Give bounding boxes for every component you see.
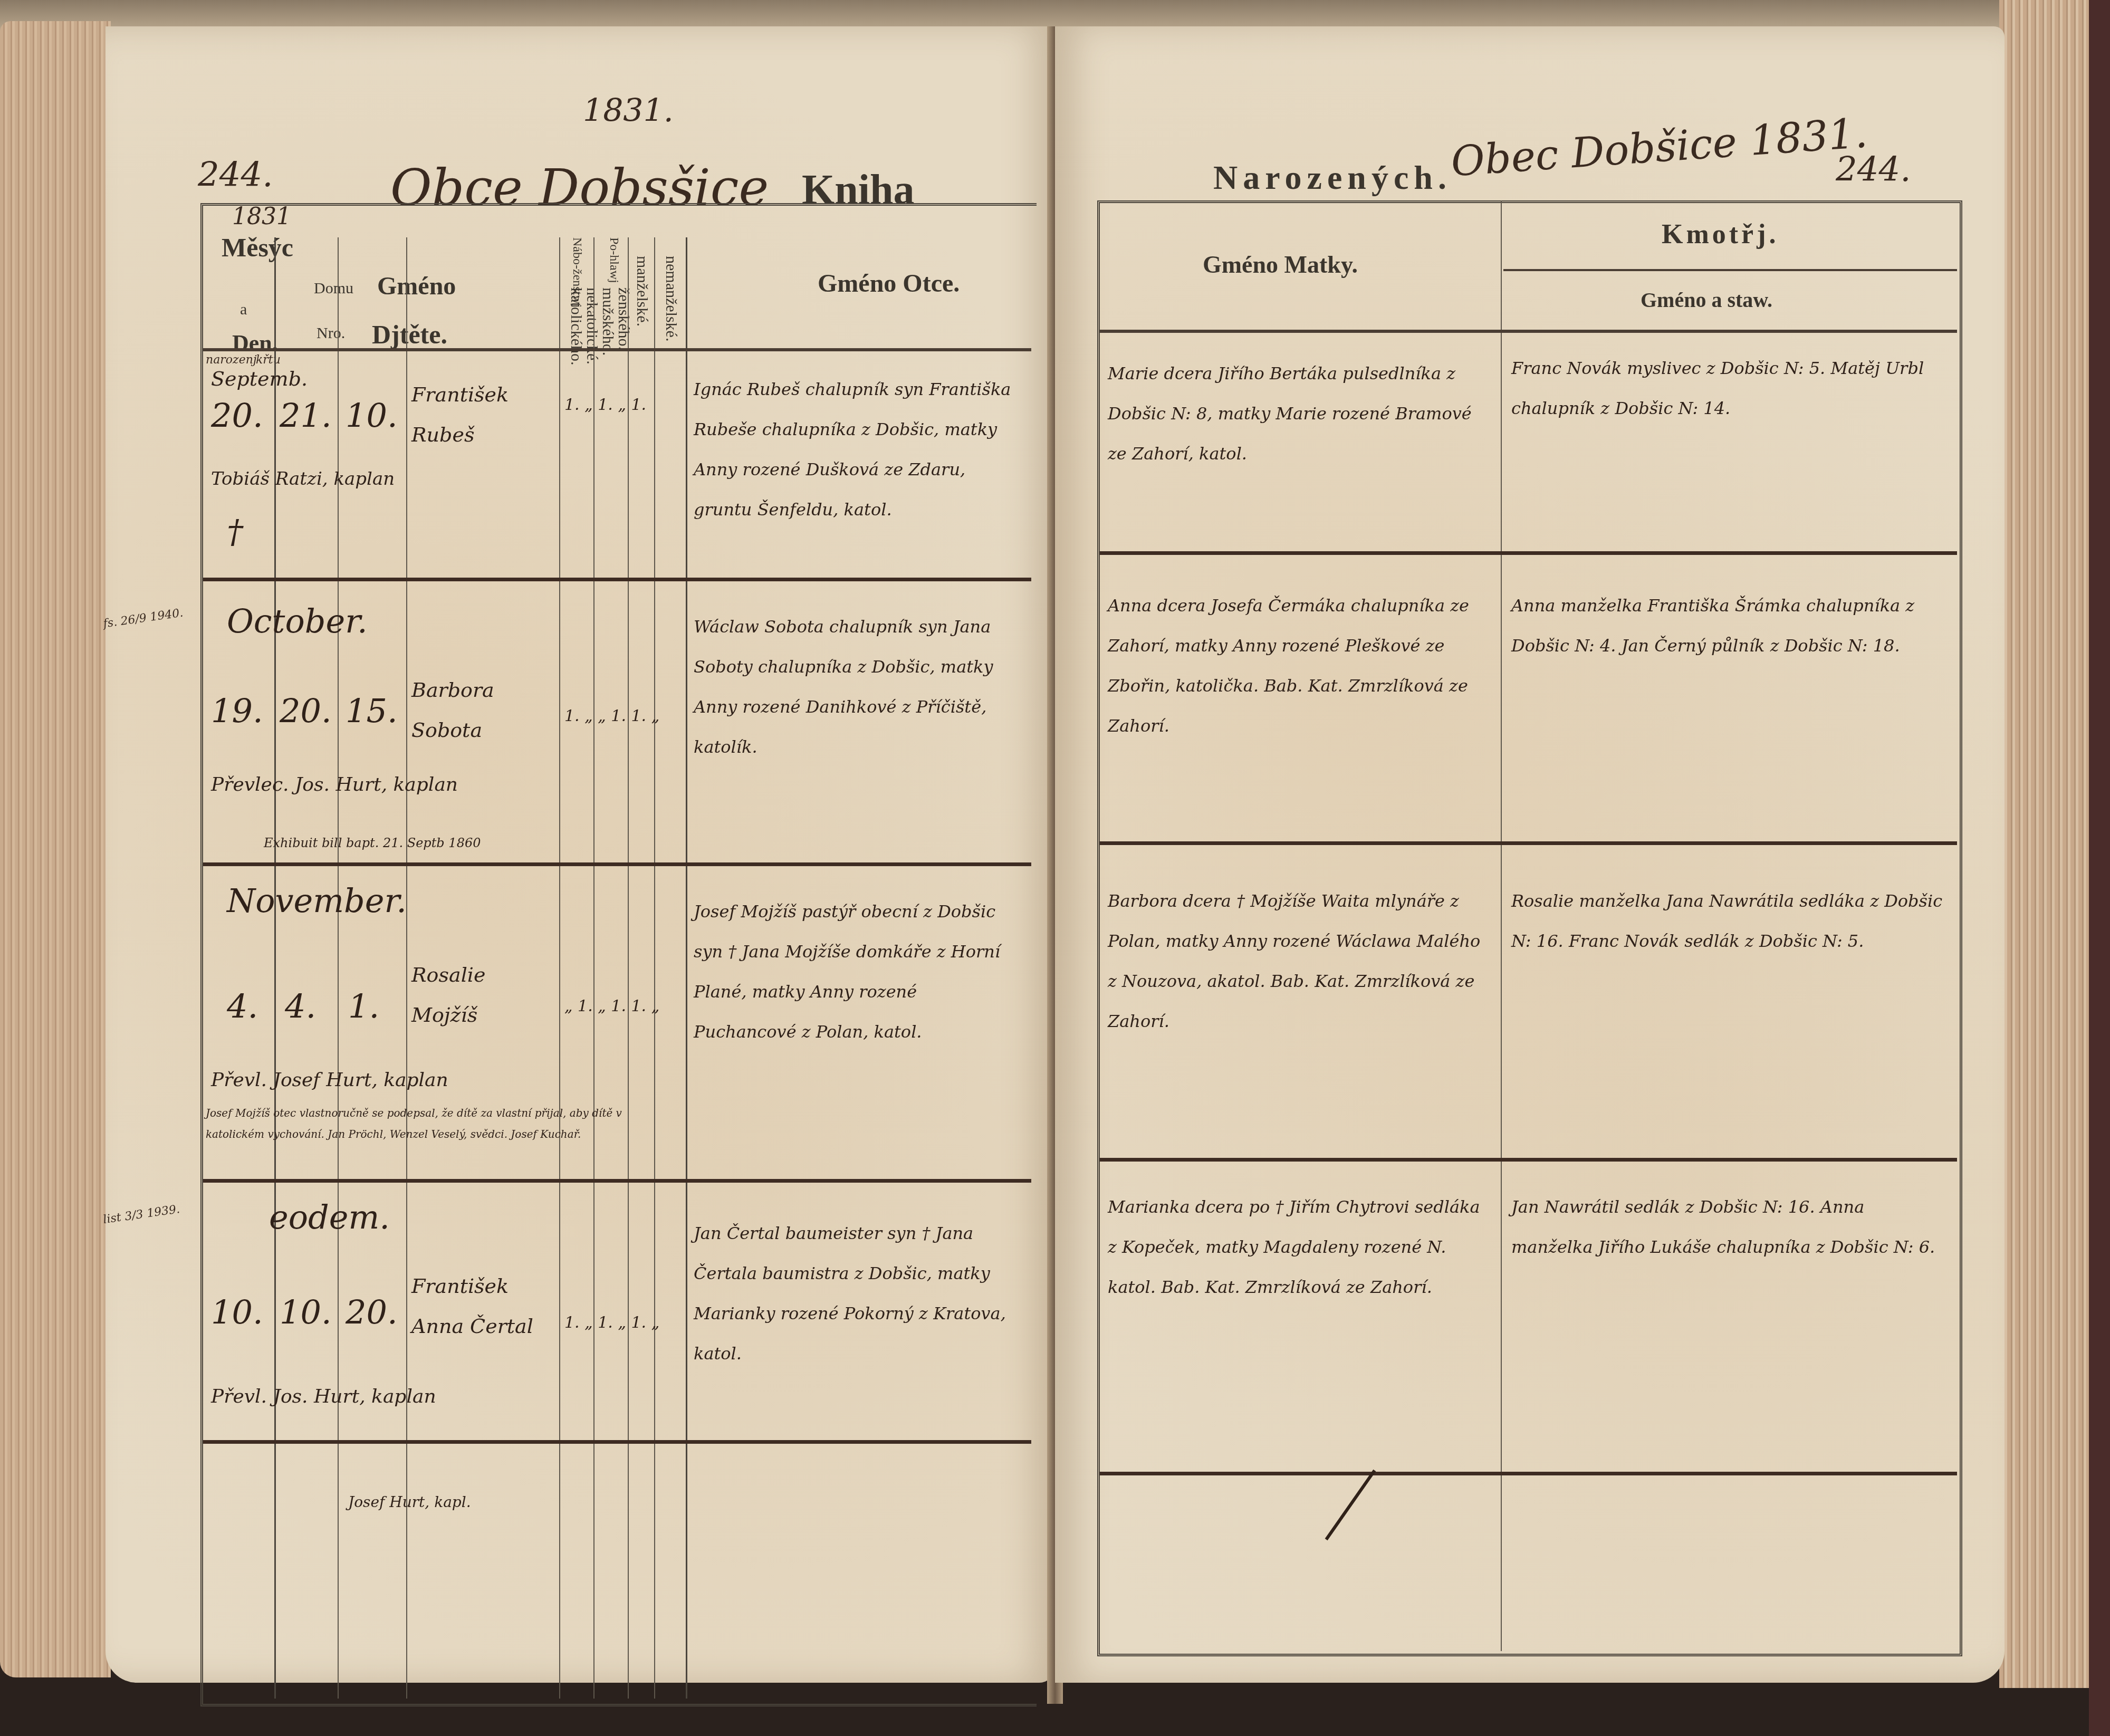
entry1-birth-day: 20.	[211, 396, 263, 436]
col-godparents-label: Kmotřj.	[1662, 219, 1779, 250]
page-stack-left	[0, 21, 111, 1677]
entry-rule	[203, 1179, 1031, 1183]
year-note: 1831.	[583, 92, 674, 129]
entry2-margin-note: fs. 26/9 1940.	[102, 606, 184, 630]
entry-rule	[203, 1440, 1031, 1444]
right-page-number: 244.	[1836, 150, 1911, 189]
rule	[628, 237, 629, 1699]
entry3-father: Josef Mojžíš pastýř obecní z Dobšic syn …	[694, 891, 1021, 1052]
col-sex-female: ženského.	[615, 287, 632, 350]
rule	[559, 237, 560, 1699]
entry4-child: František Anna Čertal	[411, 1266, 554, 1346]
rule	[1501, 200, 1502, 1651]
entry2-baptism-day: 20.	[280, 691, 332, 731]
entry1-marks: 1. „ 1. „ 1.	[564, 385, 646, 425]
entry3-mother: Barbora dcera † Mojžíše Waita mlynáře z …	[1108, 881, 1493, 1041]
col-sex-male: mužského.	[599, 287, 617, 356]
col-sex-label: Po-hlawj	[607, 237, 621, 283]
entry2-mother: Anna dcera Josefa Čermáka chalupníka ze …	[1108, 586, 1493, 746]
entry1-father: Ignác Rubeš chalupník syn Františka Rube…	[694, 369, 1021, 530]
entry3-house: 1.	[348, 986, 379, 1027]
entry-rule	[1100, 1158, 1957, 1162]
col-child-label: Gméno	[377, 272, 456, 301]
entry-rule	[203, 578, 1031, 581]
entry-rule	[203, 862, 1031, 866]
entry2-birth-day: 19.	[211, 691, 263, 731]
col-day-label: Den.	[232, 330, 278, 357]
entry3-note: Josef Mojžíš otec vlastnoručně se podeps…	[206, 1102, 680, 1145]
entry-rule	[1100, 841, 1957, 845]
entry1-month: Septemb.	[211, 359, 308, 399]
entry4-margin-note: list 3/3 1939.	[102, 1203, 181, 1226]
header-rule	[1100, 330, 1957, 333]
entry1-child: František Rubeš	[411, 375, 554, 455]
entry4-house: 20.	[346, 1292, 398, 1332]
col-illegit: nemanželské.	[662, 256, 680, 341]
col-house-label: Domu	[314, 280, 353, 298]
godparents-sub-rule	[1503, 269, 1957, 271]
entry2-baptized-by: Převlec. Jos. Hurt, kaplan	[211, 765, 675, 805]
rule	[406, 237, 407, 1699]
right-page: Narozených. Obec Dobšice 1831. 244. Gmén…	[1055, 26, 2004, 1683]
entry2-month: October.	[227, 601, 368, 641]
entry4-father: Jan Čertal baumeister syn † Jana Čertala…	[694, 1213, 1021, 1374]
col-month-label: Měsýc	[222, 232, 293, 263]
entry3-child: Rosalie Mojžíš	[411, 955, 554, 1035]
col-legit: manželské.	[633, 256, 651, 327]
entry2-godparents: Anna manželka Františka Šrámka chalupník…	[1511, 586, 1944, 666]
left-page-number: 244.	[198, 156, 273, 195]
entry1-baptism-day: 21.	[280, 396, 332, 436]
entry4-baptism-day: 10.	[280, 1292, 332, 1332]
rule	[338, 237, 339, 1699]
col-mother-label: Gméno Matky.	[1203, 251, 1358, 279]
rule	[593, 237, 594, 1699]
entry2-father: Wáclaw Sobota chalupník syn Jana Soboty …	[694, 607, 1021, 767]
col-house-nro: Nro.	[316, 324, 345, 342]
entry4-mother: Marianka dcera po † Jiřím Chytrovi sedlá…	[1108, 1187, 1493, 1307]
entry1-house: 10.	[346, 396, 398, 436]
entry1-death-mark: †	[227, 512, 243, 552]
page-stack-right	[1999, 0, 2089, 1688]
entry1-mother: Marie dcera Jiřího Bertáka pulsedlníka z…	[1108, 353, 1493, 474]
entry4-marks: 1. „ 1. „ 1. „	[564, 1303, 659, 1343]
col-month-year: 1831	[232, 203, 291, 230]
entry2-child: Barbora Sobota	[411, 670, 554, 750]
entry3-marks: „ 1. „ 1. 1. „	[564, 986, 659, 1027]
entry3-month: November.	[227, 881, 407, 921]
entry1-baptized-by: Tobiáš Ratzi, kaplan	[211, 459, 554, 499]
footer-signature: Josef Hurt, kapl.	[348, 1482, 471, 1522]
header-rule	[203, 348, 1031, 351]
entry2-marks: 1. „ „ 1. 1. „	[564, 696, 659, 736]
col-father-label: Gméno Otce.	[818, 269, 960, 298]
right-title-printed: Narozených.	[1213, 158, 1452, 197]
rule	[686, 237, 687, 1699]
col-religion-catholic: katolického.	[567, 287, 585, 365]
rule	[654, 237, 655, 1699]
right-title-handwritten: Obec Dobšice 1831.	[1450, 110, 1869, 186]
entry-rule	[1100, 551, 1957, 555]
entry3-baptized-by: Převl. Josef Hurt, kaplan	[211, 1060, 675, 1100]
entry-rule	[1100, 1472, 1957, 1475]
entry2-note: Exhibuit bill bapt. 21. Septb 1860	[264, 823, 481, 863]
entry2-house: 15.	[346, 691, 398, 731]
entry4-birth-day: 10.	[211, 1292, 263, 1332]
col-month-and: a	[240, 301, 247, 319]
rule	[274, 237, 276, 1699]
book-cover-right	[2089, 0, 2110, 1736]
col-child-sub: Djtěte.	[372, 319, 447, 350]
entry3-birth-day: 4.	[227, 986, 258, 1027]
entry3-baptism-day: 4.	[285, 986, 316, 1027]
entry4-baptized-by: Převl. Jos. Hurt, kaplan	[211, 1377, 675, 1417]
entry3-godparents: Rosalie manželka Jana Nawrátila sedláka …	[1511, 881, 1944, 961]
col-religion-noncatholic: nekatolické.	[583, 287, 601, 365]
left-page: 244. 1831. Obce Dobsšice Kniha Měsýc 183…	[105, 26, 1055, 1683]
entry4-godparents: Jan Nawrátil sedlák z Dobšic N: 16. Anna…	[1511, 1187, 1944, 1267]
col-godparents-sub: Gméno a staw.	[1641, 287, 1772, 312]
entry4-month: eodem.	[269, 1197, 390, 1238]
entry1-godparents: Franc Novák myslivec z Dobšic N: 5. Matě…	[1511, 348, 1944, 428]
